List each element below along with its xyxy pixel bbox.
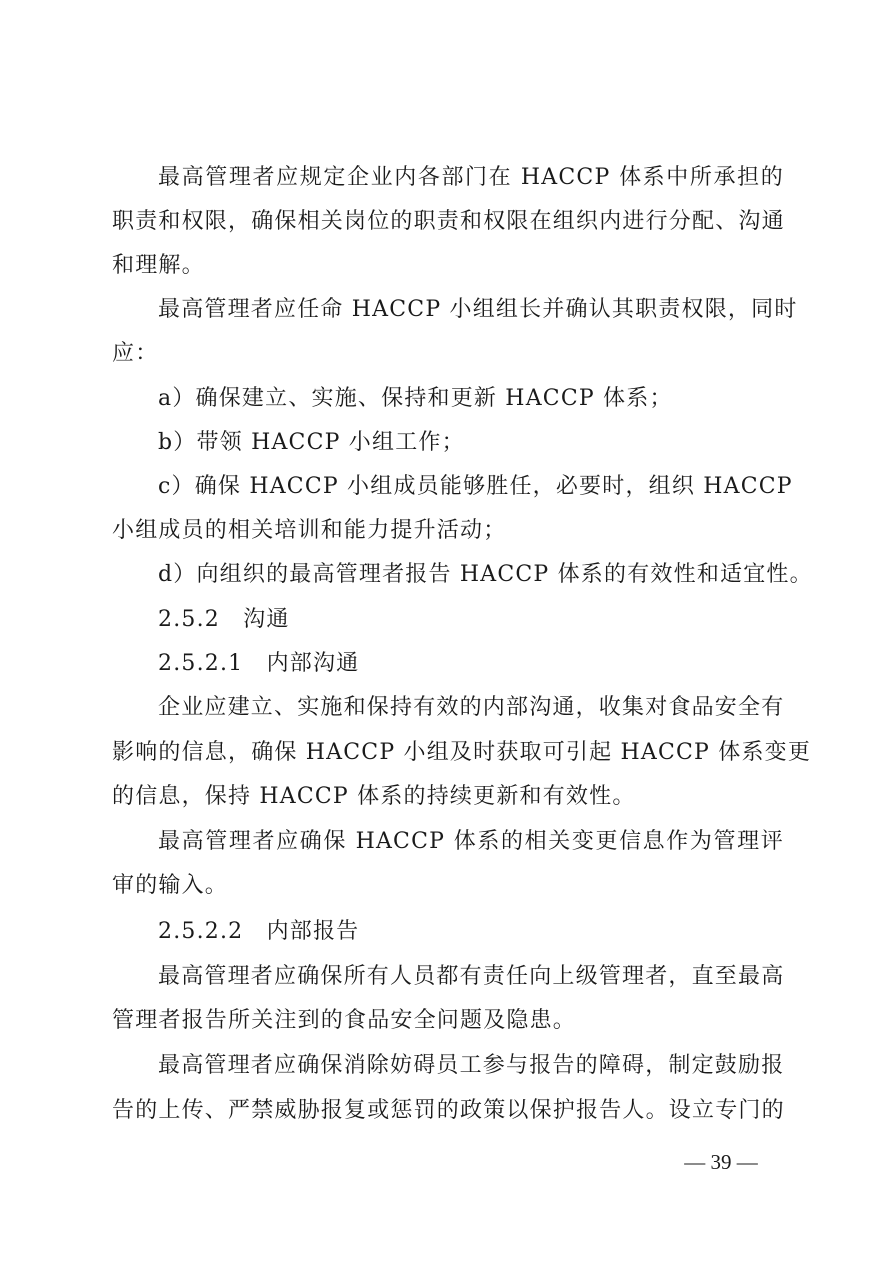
- paragraph-line: 和理解。: [112, 244, 784, 288]
- paragraph-line: 最高管理者应任命 HACCP 小组组长并确认其职责权限，同时: [158, 288, 784, 332]
- paragraph-line: 最高管理者应确保所有人员都有责任向上级管理者，直至最高: [158, 955, 784, 999]
- document-page: 最高管理者应规定企业内各部门在 HACCP 体系中所承担的 职责和权限，确保相关…: [0, 0, 892, 1262]
- subsection-heading: 2.5.2.2 内部报告: [158, 910, 784, 954]
- list-item-b: b）带领 HACCP 小组工作；: [158, 421, 784, 465]
- paragraph-line: 审的输入。: [112, 864, 784, 908]
- paragraph-line: 最高管理者应规定企业内各部门在 HACCP 体系中所承担的: [158, 156, 784, 200]
- list-item-d: d）向组织的最高管理者报告 HACCP 体系的有效性和适宜性。: [158, 553, 784, 597]
- paragraph-line: 影响的信息，确保 HACCP 小组及时获取可引起 HACCP 体系变更: [112, 731, 784, 775]
- list-item-a: a）确保建立、实施、保持和更新 HACCP 体系；: [158, 377, 784, 421]
- paragraph-line: 最高管理者应确保 HACCP 体系的相关变更信息作为管理评: [158, 820, 784, 864]
- paragraph-line: 应：: [112, 332, 784, 376]
- section-heading: 2.5.2 沟通: [158, 598, 784, 642]
- paragraph-line: 的信息，保持 HACCP 体系的持续更新和有效性。: [112, 775, 784, 819]
- paragraph-line: 最高管理者应确保消除妨碍员工参与报告的障碍，制定鼓励报: [158, 1044, 784, 1088]
- subsection-heading: 2.5.2.1 内部沟通: [158, 642, 784, 686]
- page-number: — 39 —: [676, 1148, 766, 1176]
- paragraph-line: 告的上传、严禁威胁报复或惩罚的政策以保护报告人。设立专门的: [112, 1089, 784, 1133]
- list-item-c: c）确保 HACCP 小组成员能够胜任，必要时，组织 HACCP: [158, 465, 784, 509]
- paragraph-line: 企业应建立、实施和保持有效的内部沟通，收集对食品安全有: [158, 686, 784, 730]
- paragraph-line: 职责和权限，确保相关岗位的职责和权限在组织内进行分配、沟通: [112, 200, 784, 244]
- paragraph-line: 小组成员的相关培训和能力提升活动；: [112, 509, 784, 553]
- paragraph-line: 管理者报告所关注到的食品安全问题及隐患。: [112, 999, 784, 1043]
